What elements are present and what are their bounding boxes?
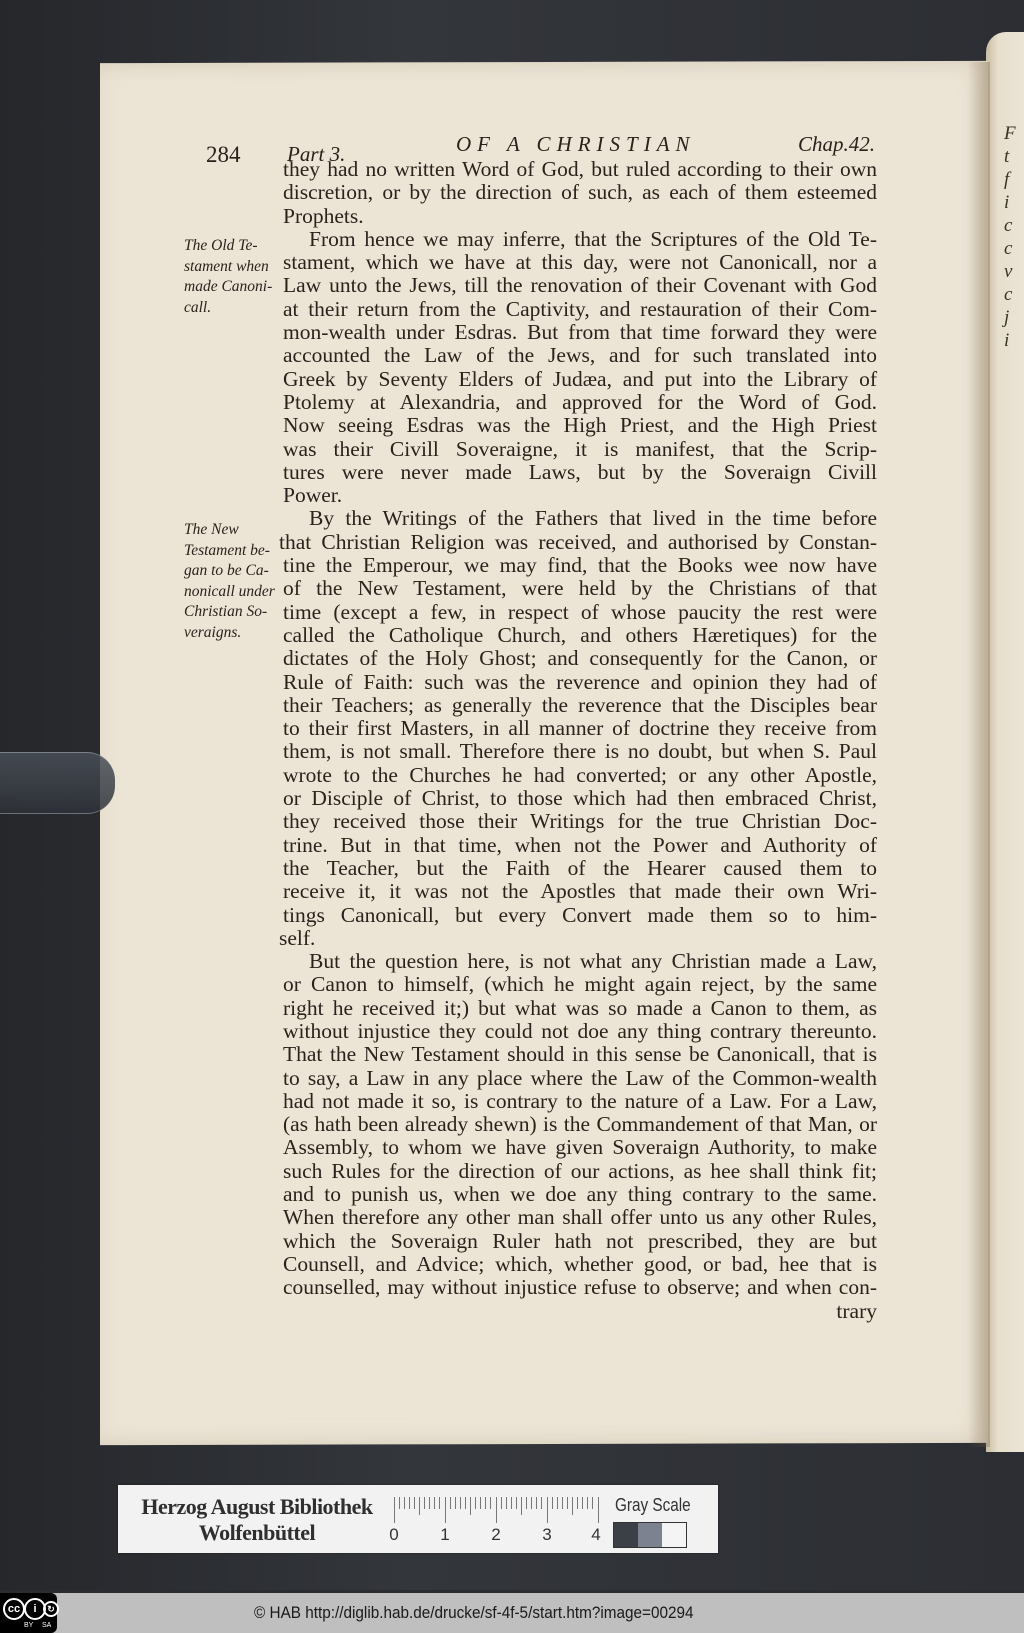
gray-swatch-light <box>662 1523 686 1547</box>
text-line: tine the Emperour, we may find, that the… <box>283 554 877 577</box>
text-line: Ptolemy at Alexandria, and approved for … <box>283 391 877 414</box>
text-line: accounted the Law of the Jews, and for s… <box>283 344 877 367</box>
text-line: to their first Masters, in all manner of… <box>283 717 877 740</box>
sa-share-alike-icon: ↻ <box>43 1601 59 1617</box>
ruler-label: 4 <box>591 1525 600 1545</box>
copyright-link[interactable]: © HAB http://diglib.hab.de/drucke/sf-4f-… <box>254 1603 693 1623</box>
text-line: discretion, or by the direction of such,… <box>283 181 877 204</box>
library-name-line1: Herzog August Bibliothek <box>132 1494 382 1520</box>
text-line: the Teacher, but the Faith of the Hearer… <box>283 857 877 880</box>
text-line: without injustice they could not doe any… <box>283 1020 877 1043</box>
text-line: which the Soveraign Ruler hath not presc… <box>283 1230 877 1253</box>
text-line: mon-wealth under Esdras. But from that t… <box>283 321 877 344</box>
text-line: tings Canonicall, but every Convert made… <box>283 904 877 927</box>
page-clip <box>0 752 115 814</box>
text-line: Counsell, and Advice; which, whether goo… <box>283 1253 877 1276</box>
ruler-label: 0 <box>389 1525 398 1545</box>
cc-icon: cc <box>3 1598 25 1620</box>
text-line: But the question here, is not what any C… <box>283 950 877 973</box>
text-line: By the Writings of the Fathers that live… <box>283 507 877 530</box>
text-line: receive it, it was not the Apostles that… <box>283 880 877 903</box>
gray-swatch-dark <box>614 1523 638 1547</box>
text-line: right he received it;) but what was so m… <box>283 997 877 1020</box>
text-line: that Christian Religion was received, an… <box>279 531 877 554</box>
chapter-label: Chap.42. <box>798 132 875 157</box>
text-line: them, is not small. Therefore there is n… <box>283 740 877 763</box>
text-line: was their Civill Soveraigne, it is manif… <box>283 438 877 461</box>
text-line: or Disciple of Christ, to those which ha… <box>283 787 877 810</box>
text-line: of the New Testament, were held by the C… <box>283 577 877 600</box>
scale-ruler: 0 1 2 3 4 <box>394 1495 599 1547</box>
text-line: wrote to the Churches he had converted; … <box>283 764 877 787</box>
gray-swatch-mid <box>638 1523 662 1547</box>
text-line: time (except a few, in respect of whose … <box>283 601 877 624</box>
text-line: counselled, may without injustice refuse… <box>283 1276 877 1299</box>
ruler-label: 1 <box>440 1525 449 1545</box>
text-line: stament, which we have at this day, were… <box>283 251 877 274</box>
library-color-strip: Herzog August Bibliothek Wolfenbüttel <box>118 1485 718 1553</box>
gray-scale-swatches <box>613 1522 687 1548</box>
text-line: Greek by Seventy Elders of Judæa, and pu… <box>283 368 877 391</box>
library-name: Herzog August Bibliothek Wolfenbüttel <box>132 1494 382 1546</box>
facing-page-edge: F t f i c c v c j i <box>986 32 1024 1452</box>
text-line: tures were never made Laws, but by the S… <box>283 461 877 484</box>
text-line: (as hath been already shewn) is the Comm… <box>283 1113 877 1136</box>
text-line: trine. But in that time, when not the Po… <box>283 834 877 857</box>
cc-license-badge[interactable]: cc i ↻ BY SA <box>0 1593 57 1633</box>
text-line: Now seeing Esdras was the High Priest, a… <box>283 414 877 437</box>
catchword: trary <box>283 1300 877 1323</box>
text-line: their Teachers; as generally the reveren… <box>283 694 877 717</box>
running-header: 284 Part 3. OF A CHRISTIAN Chap.42. <box>0 128 1024 158</box>
gutter-shadow <box>968 62 990 1447</box>
margin-note-new-testament: The New Testament be- gan to be Ca- noni… <box>184 520 284 643</box>
text-line: self. <box>279 927 877 950</box>
running-title: OF A CHRISTIAN <box>456 132 696 157</box>
text-line: such Rules for the direction of our acti… <box>283 1160 877 1183</box>
library-name-line2: Wolfenbüttel <box>132 1520 382 1546</box>
margin-note-old-testament: The Old Te- stament when made Canoni- ca… <box>184 236 284 318</box>
text-line: they received those their Writings for t… <box>283 810 877 833</box>
ruler-label: 3 <box>542 1525 551 1545</box>
gray-scale-label: Gray Scale <box>615 1495 691 1516</box>
text-line: they had no written Word of God, but rul… <box>283 158 877 181</box>
body-text: they had no written Word of God, but rul… <box>283 158 877 1323</box>
text-line: Assembly, to whom we have given Soveraig… <box>283 1136 877 1159</box>
text-line: Prophets. <box>283 205 877 228</box>
text-line: Law unto the Jews, till the renovation o… <box>283 274 877 297</box>
text-line: That the New Testament should in this se… <box>283 1043 877 1066</box>
text-line: or Canon to himself, (which he might aga… <box>283 973 877 996</box>
text-line: From hence we may inferre, that the Scri… <box>283 228 877 251</box>
license-bar: cc i ↻ BY SA © HAB http://diglib.hab.de/… <box>0 1593 1024 1633</box>
page-number: 284 <box>206 142 241 168</box>
ruler-label: 2 <box>491 1525 500 1545</box>
text-line: and to punish us, when we doe any thing … <box>283 1183 877 1206</box>
cc-sa-label: SA <box>42 1622 51 1629</box>
text-line: Rule of Faith: such was the reverence an… <box>283 671 877 694</box>
text-line: called the Catholique Church, and others… <box>283 624 877 647</box>
text-line: had not made it so, is contrary to the n… <box>283 1090 877 1113</box>
text-line: dictates of the Holy Ghost; and conseque… <box>283 647 877 670</box>
text-line: at their return from the Captivity, and … <box>283 298 877 321</box>
text-line: Power. <box>283 484 877 507</box>
cc-by-label: BY <box>24 1622 33 1629</box>
text-line: to say, a Law in any place where the Law… <box>283 1067 877 1090</box>
text-line: When therefore any other man shall offer… <box>283 1206 877 1229</box>
